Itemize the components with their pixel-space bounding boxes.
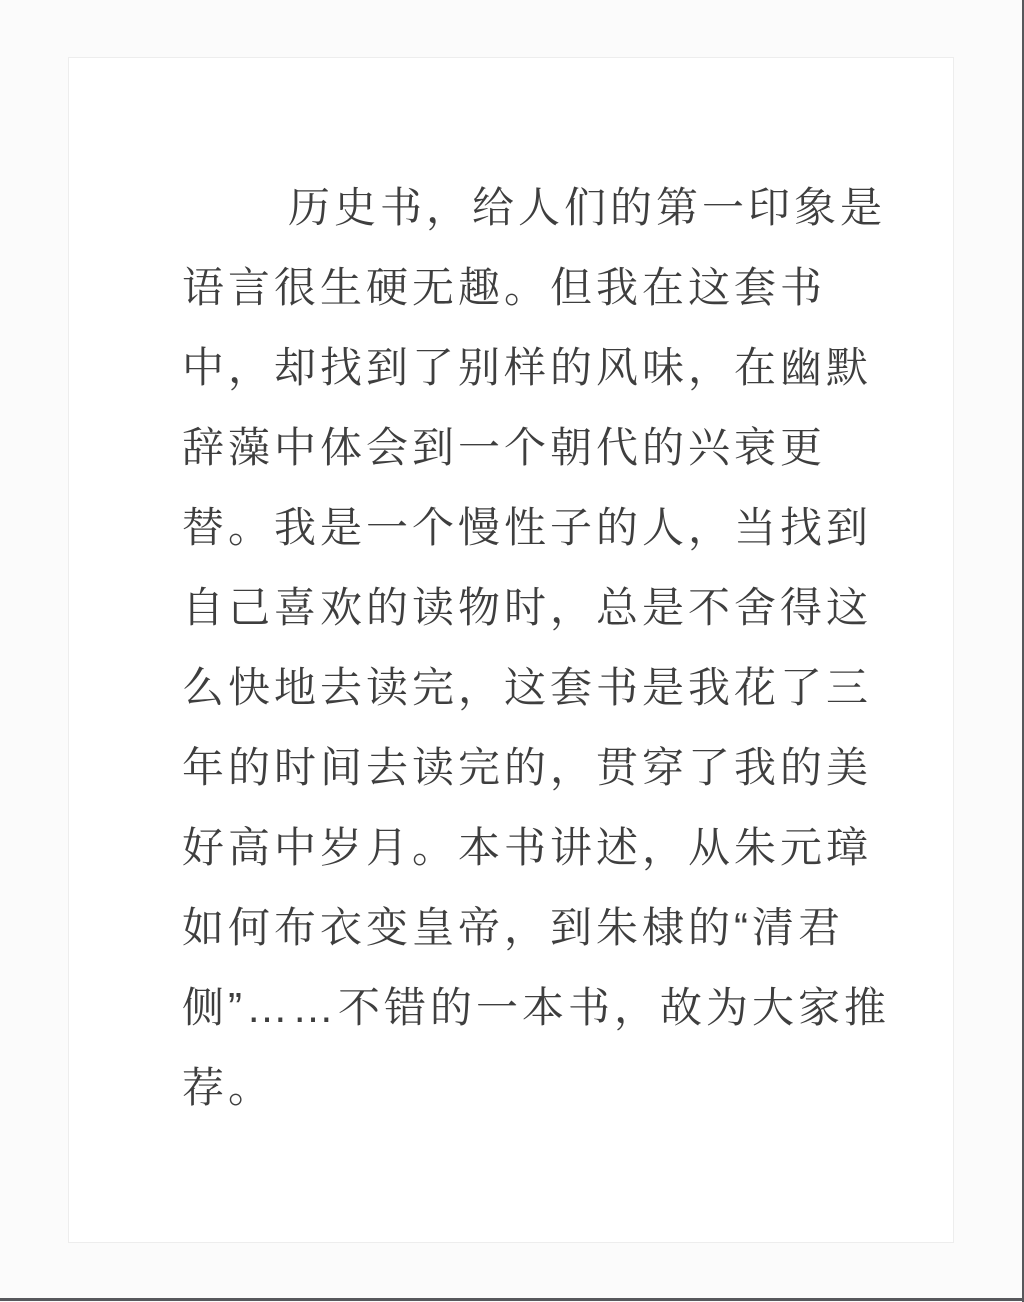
text-line: 自己喜欢的读物时，总是不舍得这 [182,568,854,648]
document-card: 历史书，给人们的第一印象是 语言很生硬无趣。但我在这套书 中，却找到了别样的风味… [68,57,954,1243]
text-line: 替。我是一个慢性子的人，当找到 [182,488,854,568]
capture-frame-bottom-line [0,1298,1024,1301]
text-line: 辞藻中体会到一个朝代的兴衰更 [182,408,854,488]
text-line: 中，却找到了别样的风味，在幽默 [182,328,854,408]
text-line: 语言很生硬无趣。但我在这套书 [182,248,854,328]
text-line: 荐。 [182,1048,854,1128]
review-paragraph: 历史书，给人们的第一印象是 语言很生硬无趣。但我在这套书 中，却找到了别样的风味… [182,168,854,1128]
reader-page: { "page": { "background_color": "#fbfbfb… [0,0,1024,1302]
text-line: 如何布衣变皇帝，到朱棣的“清君 [182,888,854,968]
text-line: 历史书，给人们的第一印象是 [182,168,854,248]
text-line: 年的时间去读完的，贯穿了我的美 [182,728,854,808]
text-line: 好高中岁月。本书讲述，从朱元璋 [182,808,854,888]
text-line: 侧”……不错的一本书，故为大家推 [182,968,854,1048]
text-line: 么快地去读完，这套书是我花了三 [182,648,854,728]
